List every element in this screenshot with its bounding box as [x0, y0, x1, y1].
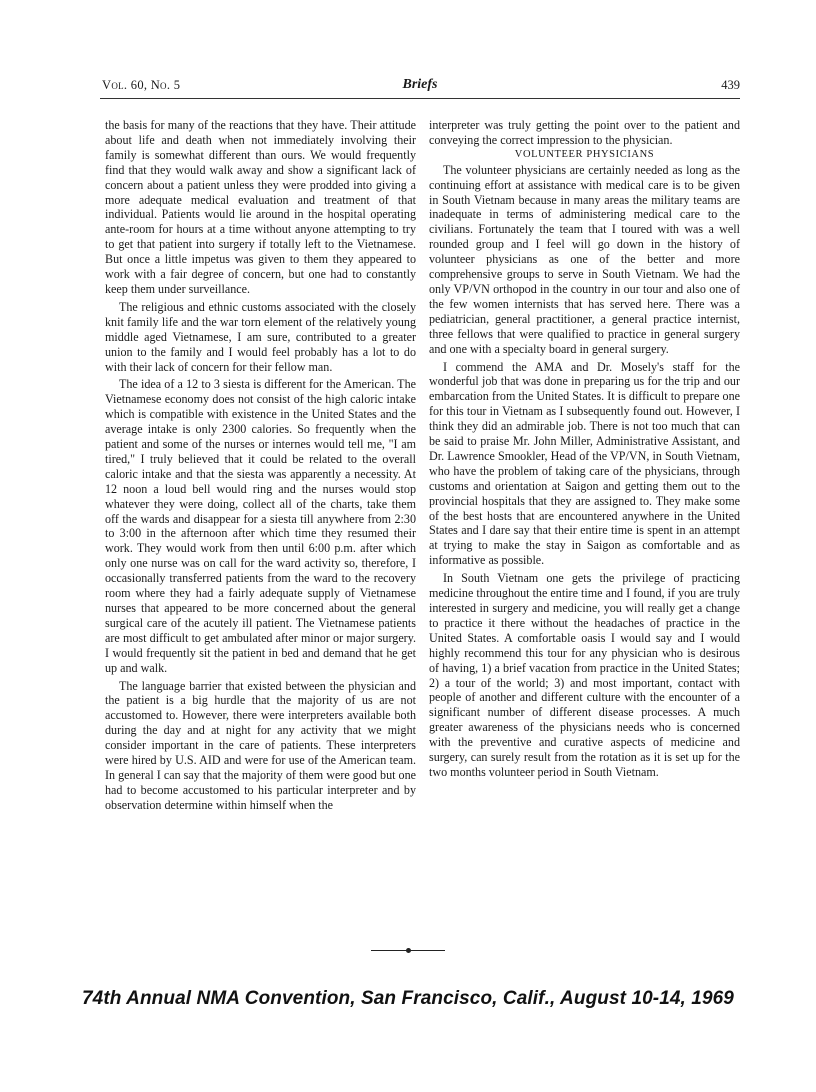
section-heading: VOLUNTEER PHYSICIANS	[429, 148, 740, 163]
paragraph: The idea of a 12 to 3 siesta is differen…	[105, 377, 416, 675]
page-number: 439	[721, 78, 740, 93]
journal-page: Vol. 60, No. 5 Briefs 439 the basis for …	[0, 0, 816, 1092]
paragraph-continuation: interpreter was truly getting the point …	[429, 118, 740, 148]
paragraph: The language barrier that existed betwee…	[105, 679, 416, 813]
convention-banner: 74th Annual NMA Convention, San Francisc…	[0, 988, 816, 1010]
header-rule	[100, 98, 740, 99]
ornament-dot-icon	[406, 948, 411, 953]
left-column: the basis for many of the reactions that…	[105, 118, 416, 813]
section-title: Briefs	[100, 77, 740, 93]
paragraph: In South Vietnam one gets the privilege …	[429, 571, 740, 780]
paragraph: the basis for many of the reactions that…	[105, 118, 416, 297]
paragraph: I commend the AMA and Dr. Mosely's staff…	[429, 360, 740, 569]
paragraph: The volunteer physicians are certainly n…	[429, 163, 740, 357]
right-column: interpreter was truly getting the point …	[429, 118, 740, 780]
paragraph: The religious and ethnic customs associa…	[105, 300, 416, 375]
end-ornament	[371, 948, 445, 954]
running-head: Vol. 60, No. 5 Briefs 439	[100, 76, 740, 96]
